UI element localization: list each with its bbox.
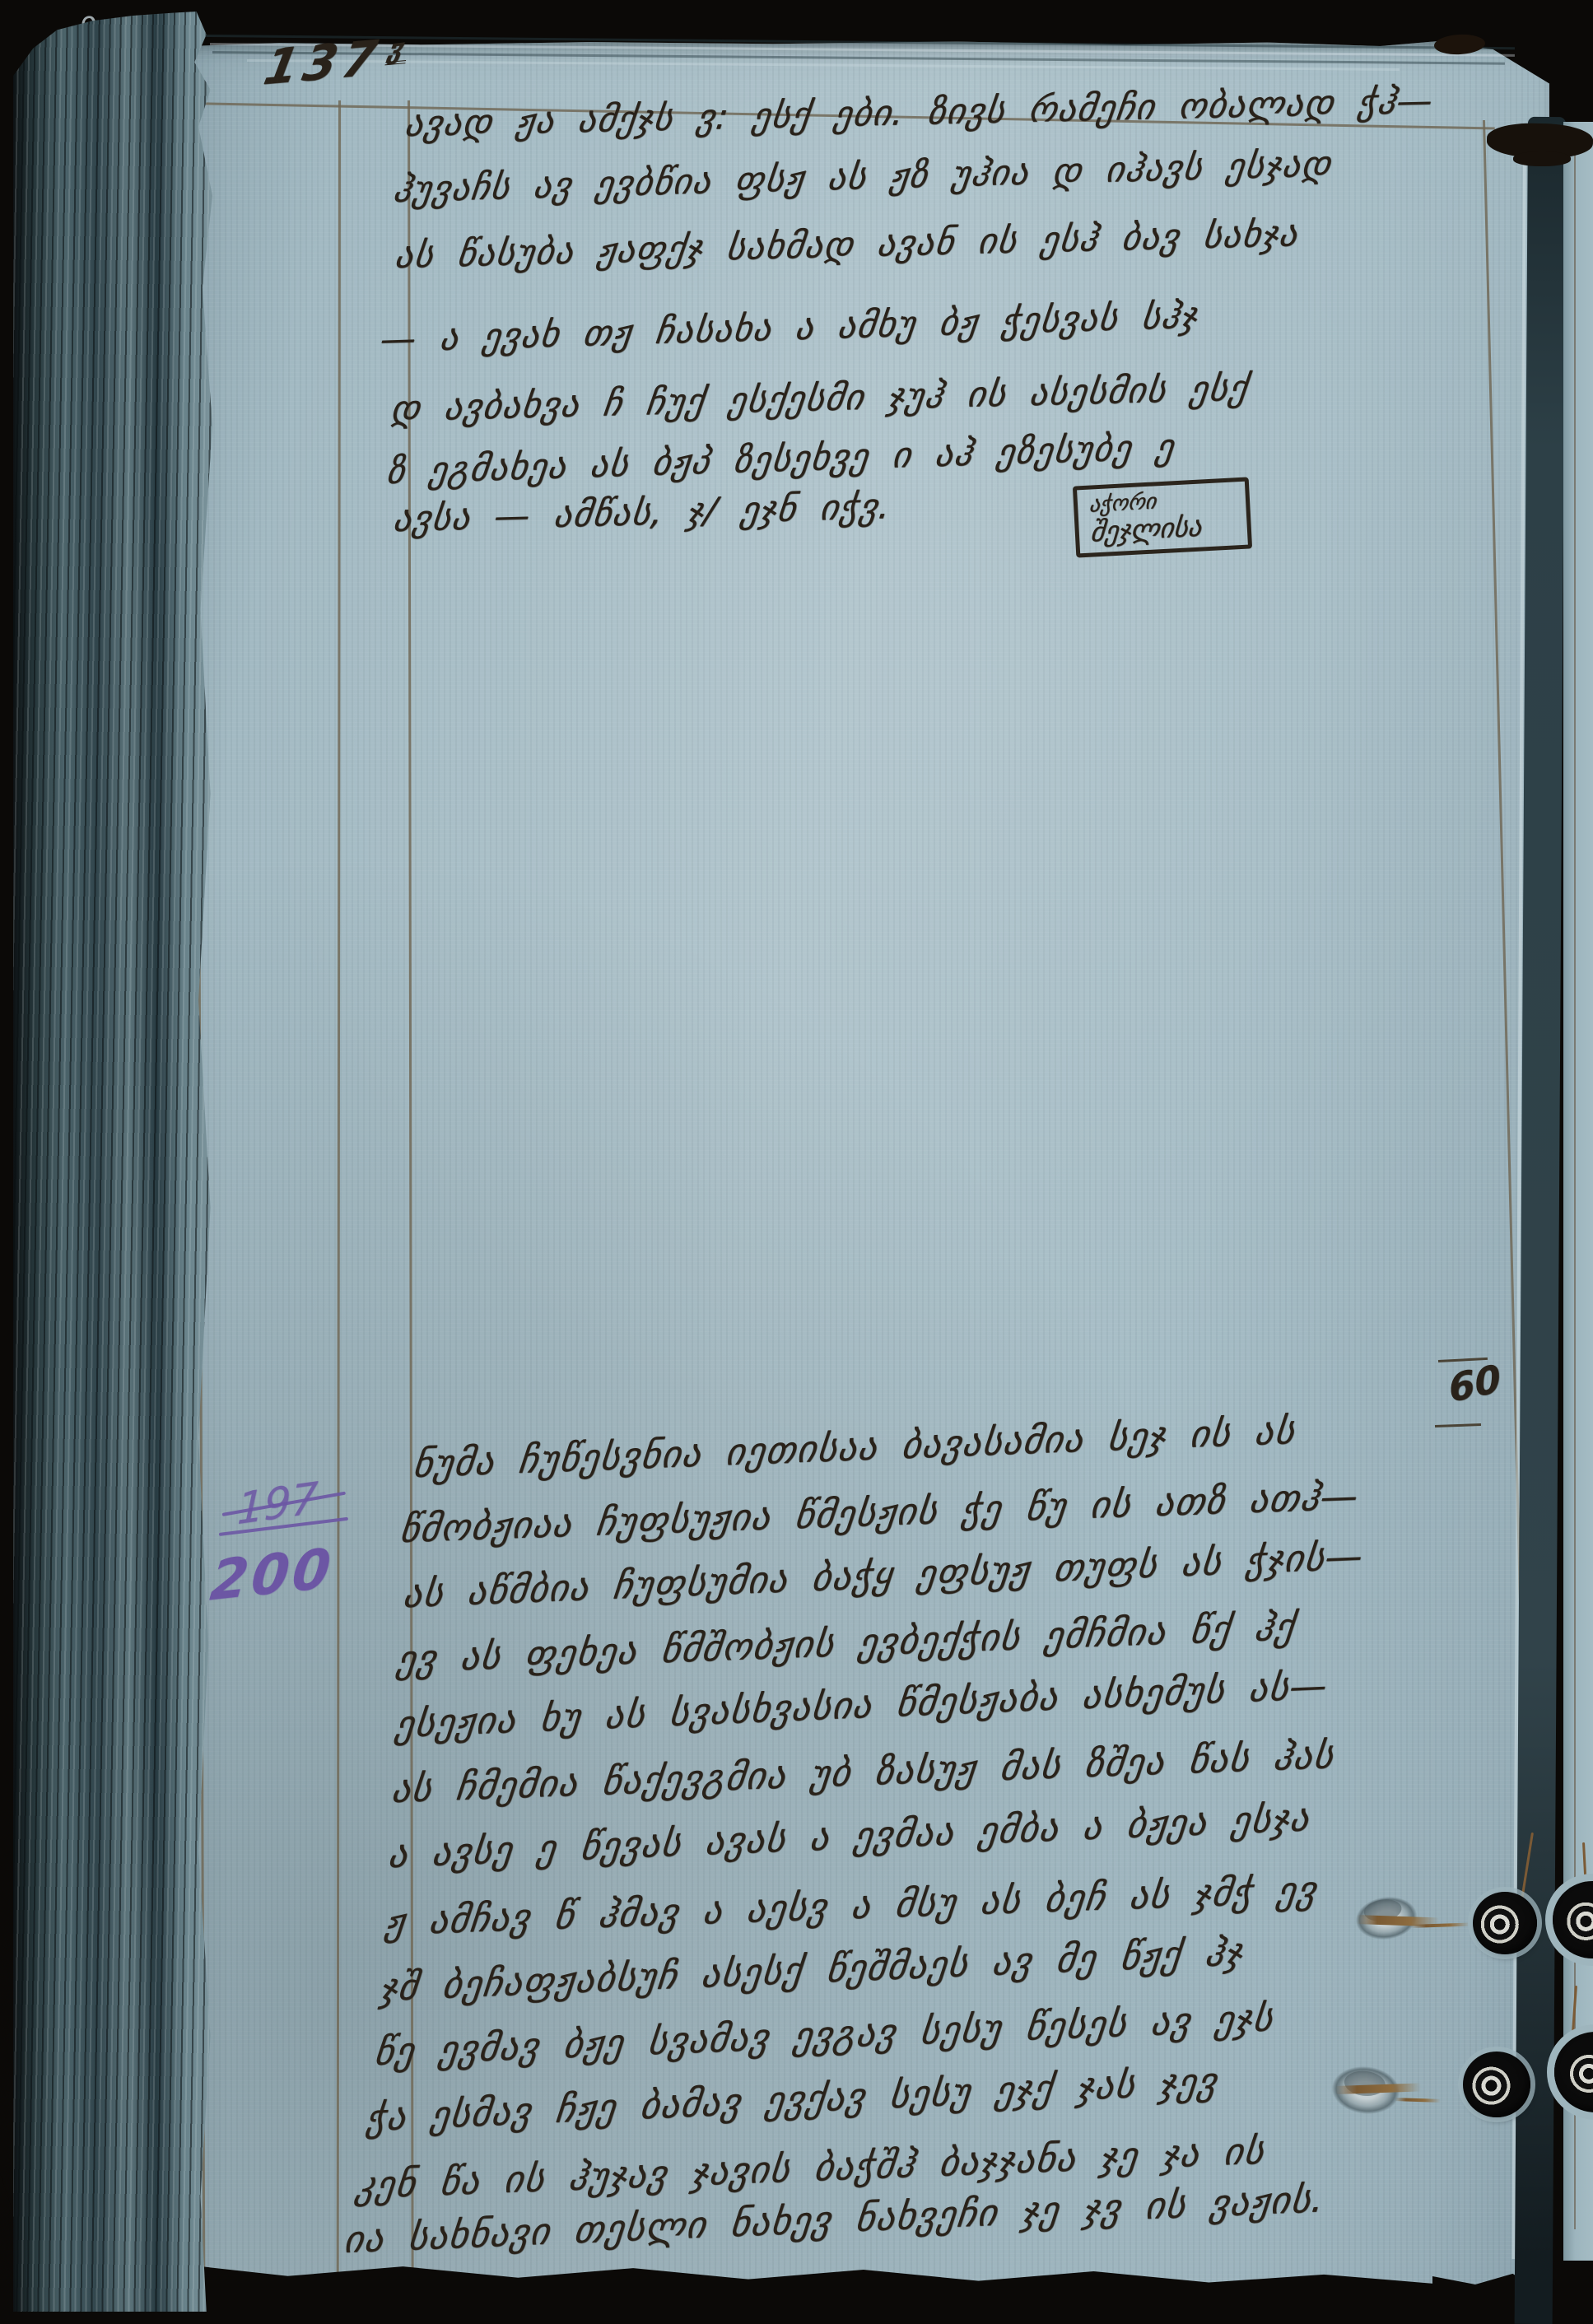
manuscript-scan: 137ჳ 9 ავად ჟა ამქჯს ვ: ესქ ები. ზივს რა… — [0, 0, 1593, 2324]
binding-seal — [1473, 1892, 1537, 1954]
replacement-number: 200 — [207, 1536, 337, 1614]
folio-number-digits: 137 — [259, 29, 387, 96]
stamp-box-line2: შეჯლისა — [1089, 508, 1240, 548]
stamp-box: აჭორი შეჯლისა — [1073, 477, 1252, 557]
page-edge-stack — [13, 12, 212, 2312]
binding-seal — [1463, 2052, 1530, 2117]
binding-seal-adjacent — [1554, 2032, 1593, 2112]
ink-smear — [1513, 151, 1571, 166]
binding-seal-adjacent — [1553, 1881, 1593, 1958]
